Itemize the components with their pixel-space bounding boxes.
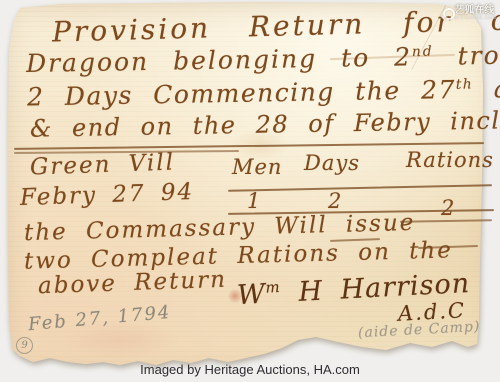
watermark-sublabel: artfoxlive.com: [454, 16, 497, 21]
pencil-number: 9: [21, 340, 27, 351]
value-rations: 2: [441, 198, 454, 219]
magnifier-icon: [441, 8, 452, 19]
line-3-superscript: th: [456, 76, 474, 92]
column-header-days: Days: [304, 153, 360, 174]
column-header-rations: Rations: [406, 150, 494, 171]
line-2-text-end: troop for: [433, 39, 500, 71]
pencil-number-circled: 9: [16, 337, 33, 354]
site-watermark: 艺狐在线 artfoxlive.com: [441, 6, 497, 21]
place-name: Green Vill: [30, 151, 176, 179]
auction-caption: Imaged by Heritage Auctions, HA.com: [0, 362, 500, 377]
auction-photo-stage: Provision Return for one Dragoon belongi…: [0, 0, 500, 382]
signature-text: W: [236, 279, 266, 311]
date-line: Febry 27 94: [20, 181, 195, 210]
signature-superscript: m: [265, 278, 281, 297]
column-header-men: Men: [232, 157, 282, 178]
line-3-text-end: and: [473, 73, 500, 103]
value-men: 1: [247, 191, 260, 212]
value-days: 2: [328, 191, 341, 212]
manuscript-line-3: 2 Days Commencing the 27th and: [27, 75, 500, 109]
line-2-superscript: nd: [412, 44, 434, 60]
